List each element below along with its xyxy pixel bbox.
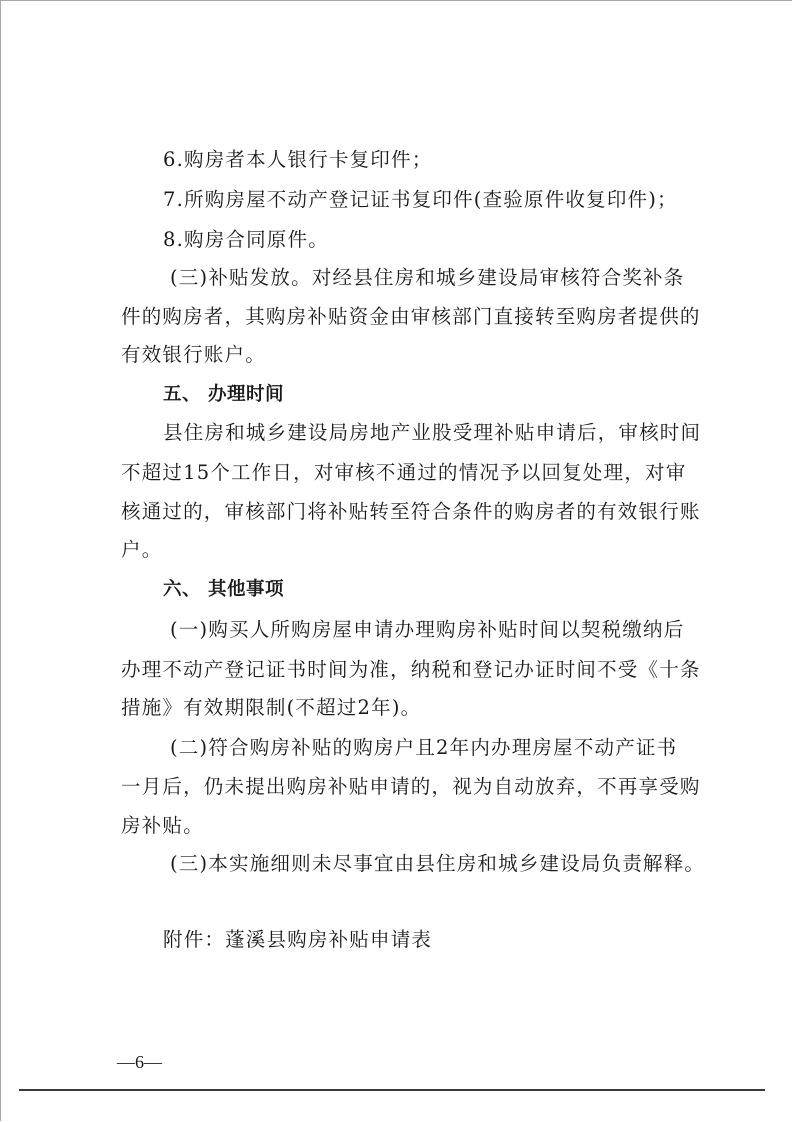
paragraph-other-1-line-1: (一)购买人所购房屋申请办理购房补贴时间以契税缴纳后 xyxy=(170,615,760,645)
list-item-7: 7.所购房屋不动产登记证书复印件(查验原件收复印件)； xyxy=(163,185,753,215)
paragraph-other-2-line-3: 房补贴。 xyxy=(121,811,711,841)
paragraph-other-2-line-1: (二)符合购房补贴的购房户且2年内办理房屋不动产证书 xyxy=(170,733,760,763)
paragraph-subsidy-release-line-2: 件的购房者，其购房补贴资金由审核部门直接转至购房者提供的 xyxy=(121,302,711,332)
page-number: —6— xyxy=(117,1050,162,1074)
paragraph-other-1-line-2: 办理不动产登记证书时间为准，纳税和登记办证时间不受《十条 xyxy=(121,655,711,685)
paragraph-processing-time-line-1: 县住房和城乡建设局房地产业股受理补贴申请后，审核时间 xyxy=(163,418,753,448)
paragraph-other-3: (三)本实施细则未尽事宜由县住房和城乡建设局负责解释。 xyxy=(170,849,760,879)
attachment-note: 附件：蓬溪县购房补贴申请表 xyxy=(163,925,753,955)
list-item-6: 6.购房者本人银行卡复印件； xyxy=(163,145,753,175)
paragraph-processing-time-line-2: 不超过15个工作日，对审核不通过的情况予以回复处理，对审 xyxy=(121,458,711,488)
paragraph-processing-time-line-3: 核通过的，审核部门将补贴转至符合条件的购房者的有效银行账 xyxy=(121,497,711,527)
paragraph-subsidy-release-line-3: 有效银行账户。 xyxy=(121,340,711,370)
section-heading-other-matters: 六、 其他事项 xyxy=(163,575,753,605)
paragraph-processing-time-line-4: 户。 xyxy=(121,535,711,565)
paragraph-other-1-line-3: 措施》有效期限制(不超过2年)。 xyxy=(121,693,711,723)
paragraph-subsidy-release-line-1: (三)补贴发放。对经县住房和城乡建设局审核符合奖补条 xyxy=(170,263,760,293)
section-heading-processing-time: 五、 办理时间 xyxy=(163,380,753,410)
list-item-8: 8.购房合同原件。 xyxy=(163,225,753,255)
footer-divider xyxy=(19,1089,765,1091)
paragraph-other-2-line-2: 一月后，仍未提出购房补贴申请的，视为自动放弃，不再享受购 xyxy=(121,772,711,802)
